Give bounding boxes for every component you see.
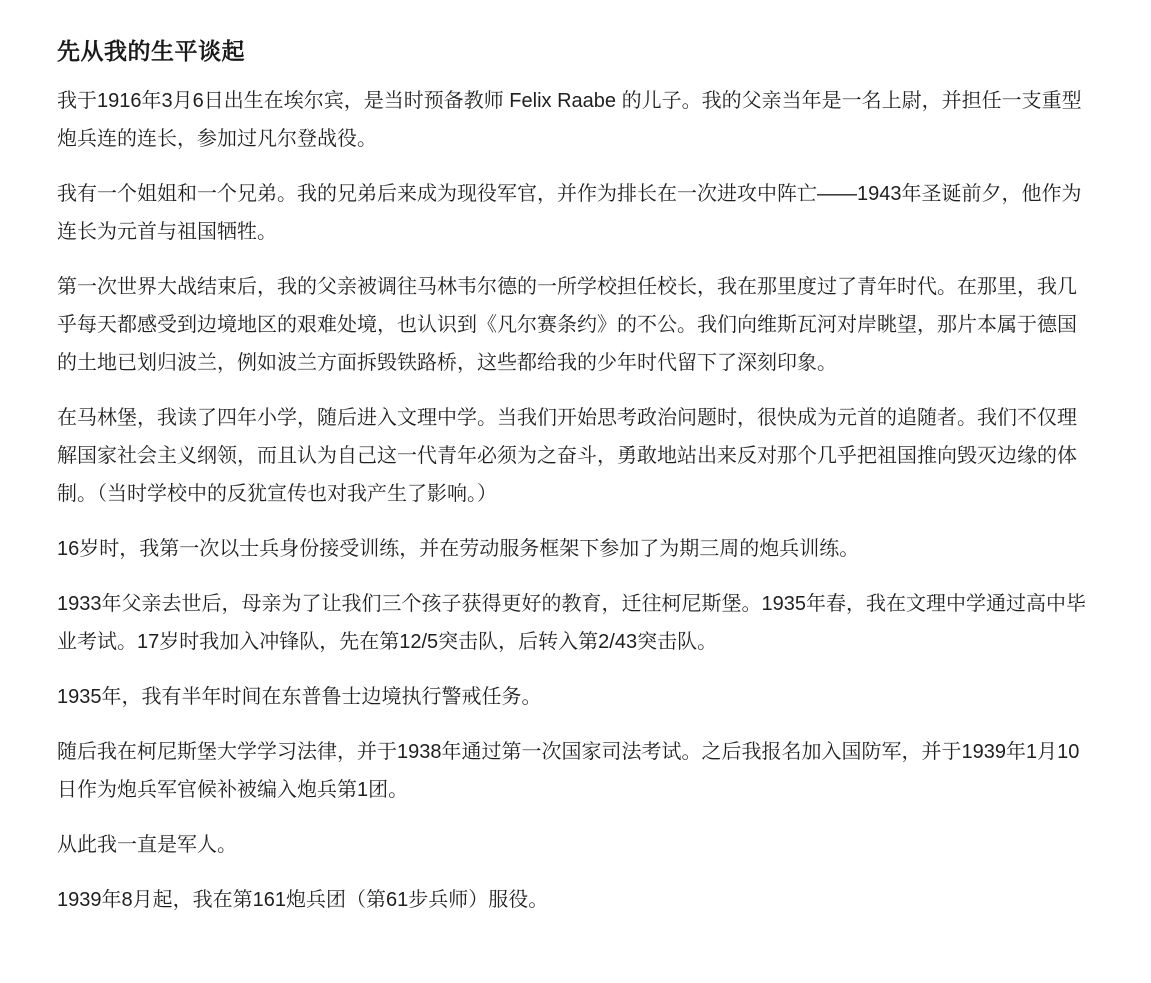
paragraph-soldier-since: 从此我一直是军人。 — [57, 826, 1094, 864]
paragraph-border-duty: 1935年，我有半年时间在东普鲁士边境执行警戒任务。 — [57, 678, 1094, 716]
paragraph-university-army: 随后我在柯尼斯堡大学学习法律，并于1938年通过第一次国家司法考试。之后我报名加… — [57, 733, 1094, 809]
paragraph-schooling: 在马林堡，我读了四年小学，随后进入文理中学。当我们开始思考政治问题时，很快成为元… — [57, 399, 1094, 513]
document-title: 先从我的生平谈起 — [57, 36, 1094, 66]
paragraph-birth: 我于1916年3月6日出生在埃尔宾，是当时预备教师 Felix Raabe 的儿… — [57, 82, 1094, 158]
paragraph-first-training: 16岁时，我第一次以士兵身份接受训练，并在劳动服务框架下参加了为期三周的炮兵训练… — [57, 530, 1094, 568]
paragraph-regiment-service: 1939年8月起，我在第161炮兵团（第61步兵师）服役。 — [57, 881, 1094, 919]
paragraph-family-move: 1933年父亲去世后，母亲为了让我们三个孩子获得更好的教育，迁往柯尼斯堡。193… — [57, 585, 1094, 661]
paragraph-postwar-youth: 第一次世界大战结束后，我的父亲被调往马林韦尔德的一所学校担任校长，我在那里度过了… — [57, 268, 1094, 382]
document-page: 先从我的生平谈起 我于1916年3月6日出生在埃尔宾，是当时预备教师 Felix… — [0, 0, 1151, 983]
paragraph-siblings: 我有一个姐姐和一个兄弟。我的兄弟后来成为现役军官，并作为排长在一次进攻中阵亡——… — [57, 175, 1094, 251]
